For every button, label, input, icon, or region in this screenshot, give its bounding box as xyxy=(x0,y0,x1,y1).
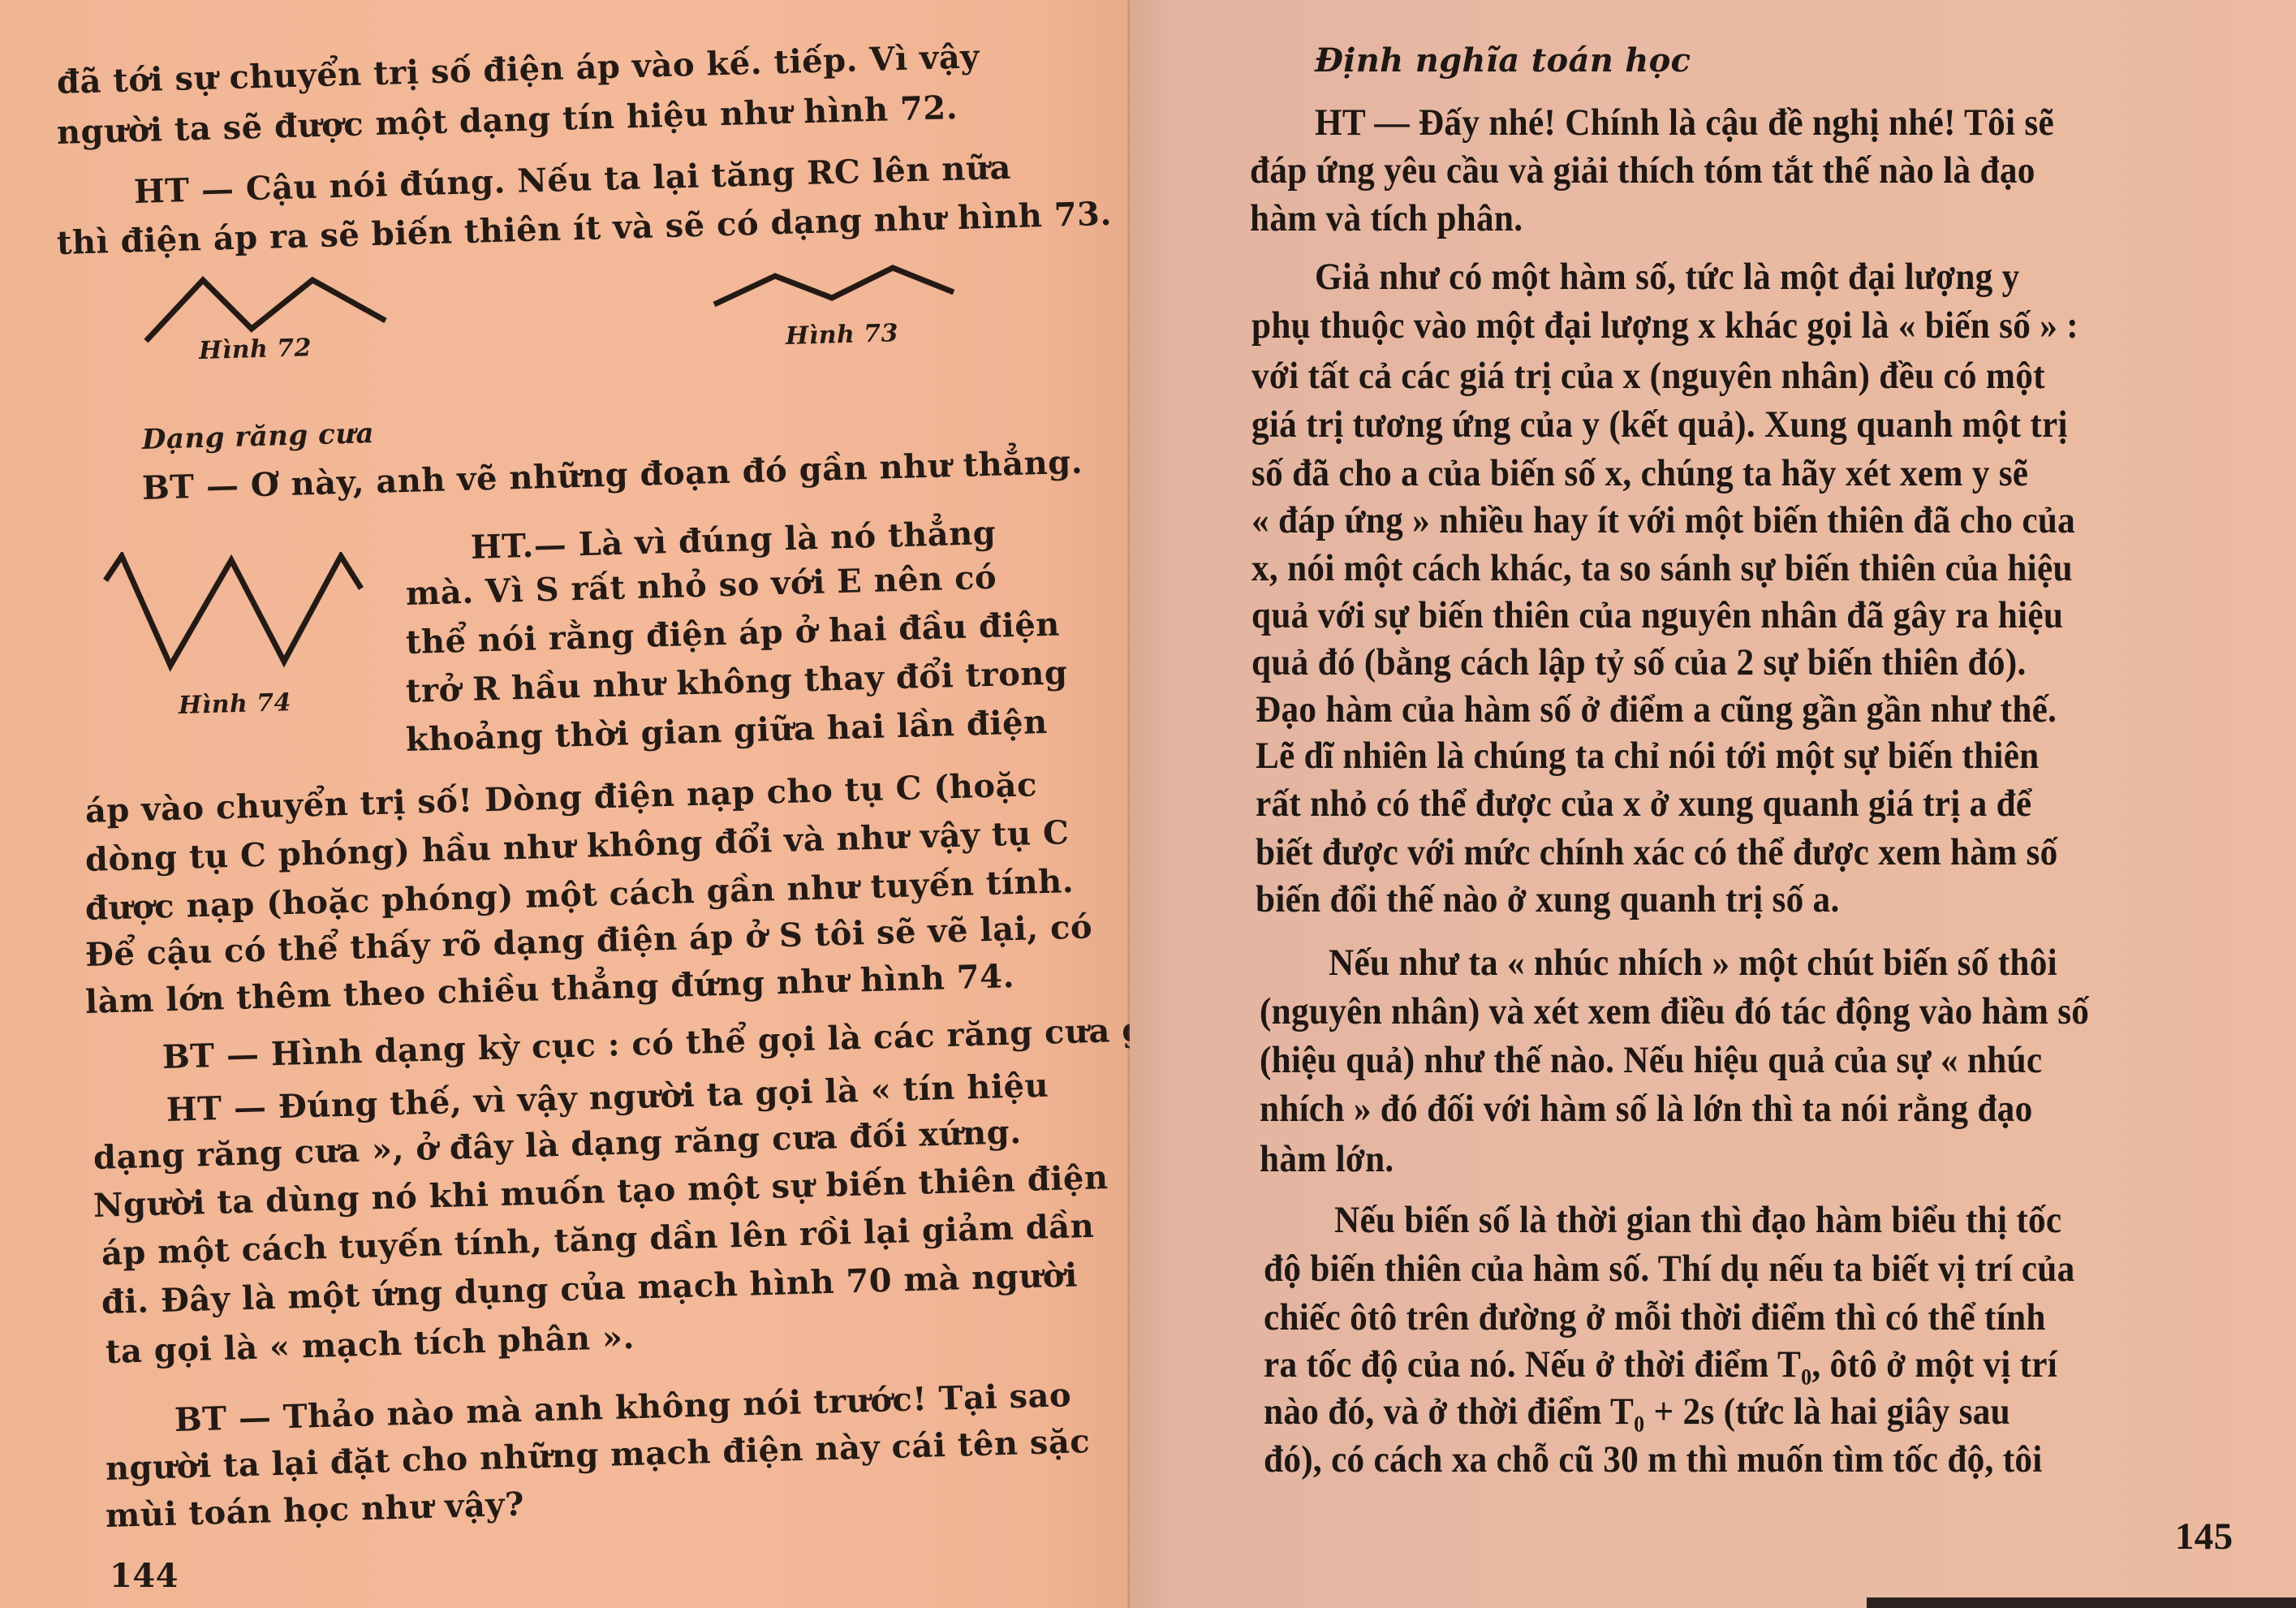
text-line: HT — Đấy nhé! Chính là cậu đề nghị nhé! … xyxy=(1315,104,2054,142)
text-line: đáp ứng yêu cầu và giải thích tóm tắt th… xyxy=(1250,152,2035,190)
text-line: đó), có cách xa chỗ cũ 30 m thì muốn tìm… xyxy=(1264,1441,2043,1479)
left-page: đã tới sự chuyển trị số điện áp vào kế. … xyxy=(0,0,1130,1608)
right-page: Định nghĩa toán học HT — Đấy nhé! Chính … xyxy=(1130,0,2296,1608)
text-line: phụ thuộc vào một đại lượng x khác gọi l… xyxy=(1251,307,2078,345)
figure-74-sawtooth xyxy=(97,552,365,674)
text-line: độ biến thiên của hàm số. Thí dụ nếu ta … xyxy=(1264,1250,2074,1288)
text-line: thể nói rằng điện áp ở hai đầu điện xyxy=(405,609,1060,659)
text-line: hàm và tích phân. xyxy=(1250,200,1523,238)
text-line: ta gọi là « mạch tích phân ». xyxy=(105,1321,635,1369)
text-line: trở R hầu như không thay đổi trong xyxy=(405,657,1067,708)
text-line: số đã cho a của biến số x, chúng ta hãy … xyxy=(1251,455,2028,493)
text-line: biết được với mức chính xác có thể được … xyxy=(1256,834,2058,872)
text-line: nhích » đó đối với hàm số là lớn thì ta … xyxy=(1260,1090,2032,1128)
text-line: BT — Hình dạng kỳ cục : có thể gọi là cá… xyxy=(162,1013,1130,1074)
text-line: khoảng thời gian giữa hai lần điện xyxy=(405,706,1048,757)
figure-72-caption: Hình 72 xyxy=(199,336,312,364)
section-heading: Định nghĩa toán học xyxy=(1315,45,1691,77)
text-line: nào đó, và ở thời điểm T₀ + 2s (tức là h… xyxy=(1264,1393,2010,1431)
page-number: 144 xyxy=(110,1560,179,1593)
text-line: người ta sẽ được một dạng tín hiệu như h… xyxy=(56,92,958,149)
text-line: với tất cả các giá trị của x (nguyên nhâ… xyxy=(1251,357,2045,395)
figure-74-caption: Hình 74 xyxy=(179,691,292,718)
text-line: HT.— Là vì đúng là nó thẳng xyxy=(470,517,996,564)
text-line: hàm lớn. xyxy=(1260,1140,1394,1179)
page-edge-shadow xyxy=(1867,1597,2296,1608)
figure-73-caption: Hình 73 xyxy=(786,321,899,349)
text-line: mùi toán học như vậy? xyxy=(105,1489,524,1533)
text-line: Giả như có một hàm số, tức là một đại lư… xyxy=(1315,258,2020,296)
text-line: (hiệu quả) như thế nào. Nếu hiệu quả của… xyxy=(1260,1041,2042,1080)
text-line: (nguyên nhân) và xét xem điều đó tác độn… xyxy=(1260,993,2089,1031)
text-line: quả với sự biến thiên của nguyên nhân đã… xyxy=(1251,597,2063,635)
text-line: Đạo hàm của hàm số ở điểm a cũng gần gần… xyxy=(1256,691,2057,729)
figure-73-waveform xyxy=(710,264,970,313)
text-line: Lẽ dĩ nhiên là chúng ta chỉ nói tới một … xyxy=(1256,737,2040,775)
text-line: biến đổi thế nào ở xung quanh trị số a. xyxy=(1256,881,1840,919)
text-line: HT — Cậu nói đúng. Nếu ta lại tăng RC lê… xyxy=(133,152,1011,209)
text-line: mà. Vì S rất nhỏ so với E nên có xyxy=(405,562,997,610)
page-number: 145 xyxy=(2175,1518,2233,1556)
text-line: « đáp ứng » nhiều hay ít với một biến th… xyxy=(1251,502,2075,540)
text-line: đã tới sự chuyển trị số điện áp vào kế. … xyxy=(56,41,980,99)
text-line: Nếu biến số là thời gian thì đạo hàm biể… xyxy=(1334,1201,2061,1239)
text-line: x, nói một cách khác, ta so sánh sự biến… xyxy=(1251,550,2073,588)
text-line: ra tốc độ của nó. Nếu ở thời điểm T₀, ôt… xyxy=(1264,1346,2057,1384)
text-line: rất nhỏ có thể được của x ở xung quanh g… xyxy=(1256,785,2031,823)
text-line: chiếc ôtô trên đường ở mỗi thời điểm thì… xyxy=(1264,1299,2046,1337)
text-line: BT — Ơ này, anh vẽ những đoạn đó gần như… xyxy=(141,446,1083,505)
text-line: Nếu như ta « nhúc nhích » một chút biến … xyxy=(1329,944,2057,982)
text-line: giá trị tương ứng của y (kết quả). Xung … xyxy=(1251,406,2068,444)
section-heading: Dạng răng cưa xyxy=(142,420,375,454)
text-line: quả đó (bằng cách lập tỷ số của 2 sự biế… xyxy=(1251,644,2027,682)
